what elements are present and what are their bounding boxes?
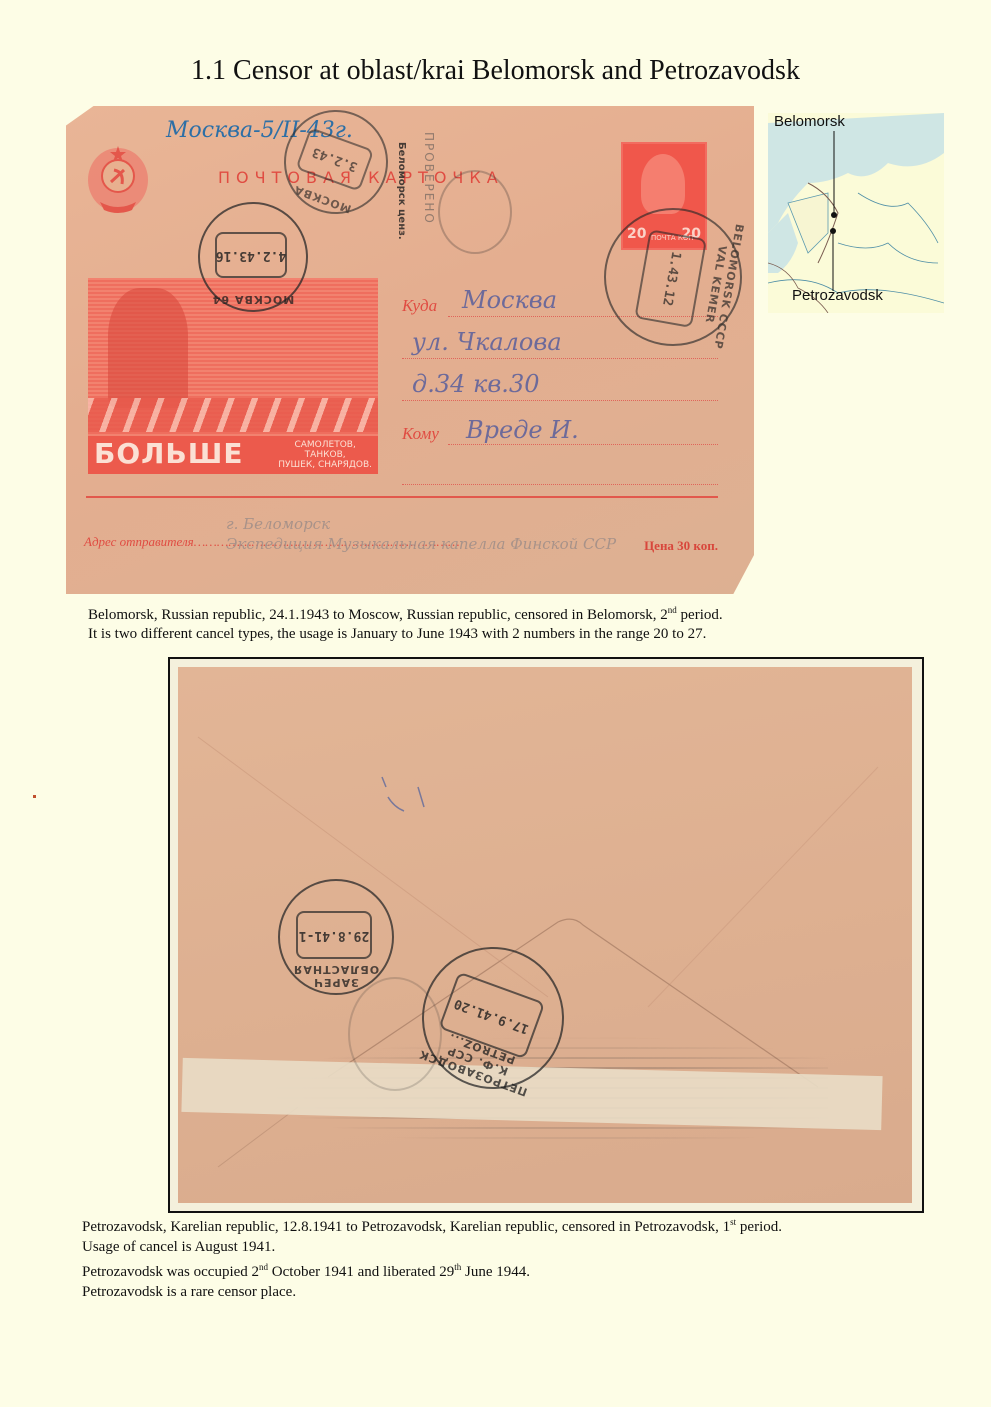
address-line	[402, 400, 718, 401]
caption-item-2: Petrozavodsk, Karelian republic, 12.8.19…	[82, 1212, 782, 1302]
caption-item-1: Belomorsk, Russian republic, 24.1.1943 t…	[88, 601, 723, 644]
sender-handwriting: г. Беломорск Экспедиция Музыкальная капе…	[226, 514, 646, 554]
to-whom-label: Кому	[402, 424, 439, 444]
postal-card-image: Москва-5/II-43г. ПОЧТОВАЯ КАРТОЧКА 20 ПО…	[66, 106, 754, 594]
caption-line: Petrozavodsk was occupied 2nd October 19…	[82, 1257, 782, 1282]
divider-rule	[86, 496, 718, 498]
blue-pencil-mark	[374, 767, 444, 847]
envelope-mount-frame: ЗАРЕЧ ОБЛАСТНАЯ 29.8.41-1 ПЕТРОЗАВОДСК К…	[168, 657, 924, 1213]
stray-mark	[33, 795, 36, 798]
poster-banner: БОЛЬШЕ САМОЛЕТОВ, ТАНКОВ, ПУШЕК, СНАРЯДО…	[88, 436, 378, 474]
page-title: 1.1 Censor at oblast/krai Belomorsk and …	[0, 55, 991, 87]
faint-cancel	[348, 977, 442, 1091]
belomorsk-cancel: BELOMORSK CCCP VAL KEMER 1.43.12	[593, 197, 753, 357]
caption-line: Usage of cancel is August 1941.	[82, 1237, 782, 1257]
address-house: д.34 кв.30	[412, 370, 539, 398]
address-line	[402, 484, 718, 485]
address-street: ул. Чкалова	[412, 328, 562, 356]
price-label: Цена 30 коп.	[644, 538, 718, 554]
censor-mark: Беломорск ценз.	[396, 142, 407, 240]
map-label-belomorsk: Belomorsk	[774, 113, 845, 130]
addressee-name: Вреде И.	[466, 416, 579, 444]
soviet-emblem-icon	[84, 142, 152, 216]
shells-pattern	[88, 398, 378, 432]
poster-subtext: САМОЛЕТОВ, ТАНКОВ, ПУШЕК, СНАРЯДОВ.	[278, 440, 372, 470]
faint-cancel	[438, 170, 512, 254]
moscow-64-cancel: МОСКВА 64 4.2.43.16	[198, 202, 308, 312]
caption-line: It is two different cancel types, the us…	[88, 625, 723, 644]
to-where-label: Куда	[402, 296, 437, 316]
arrival-cancel: ЗАРЕЧ ОБЛАСТНАЯ 29.8.41-1	[278, 879, 394, 995]
envelope-back-image: ЗАРЕЧ ОБЛАСТНАЯ 29.8.41-1 ПЕТРОЗАВОДСК К…	[178, 667, 912, 1203]
map-graphic	[768, 113, 944, 313]
checked-mark: ПРОВЕРЕНО	[422, 132, 436, 225]
map-label-petrozavodsk: Petrozavodsk	[792, 287, 883, 304]
poster-headline: БОЛЬШЕ	[94, 437, 243, 470]
worker-figure	[108, 288, 188, 408]
caption-line: Belomorsk, Russian republic, 24.1.1943 t…	[88, 601, 723, 625]
address-city: Москва	[462, 286, 557, 314]
address-line	[402, 358, 718, 359]
caption-line: Petrozavodsk, Karelian republic, 12.8.19…	[82, 1212, 782, 1237]
stamp-portrait	[641, 154, 685, 214]
location-map: Belomorsk Petrozavodsk	[768, 113, 944, 313]
address-line	[448, 444, 718, 445]
caption-line: Petrozavodsk is a rare censor place.	[82, 1282, 782, 1302]
